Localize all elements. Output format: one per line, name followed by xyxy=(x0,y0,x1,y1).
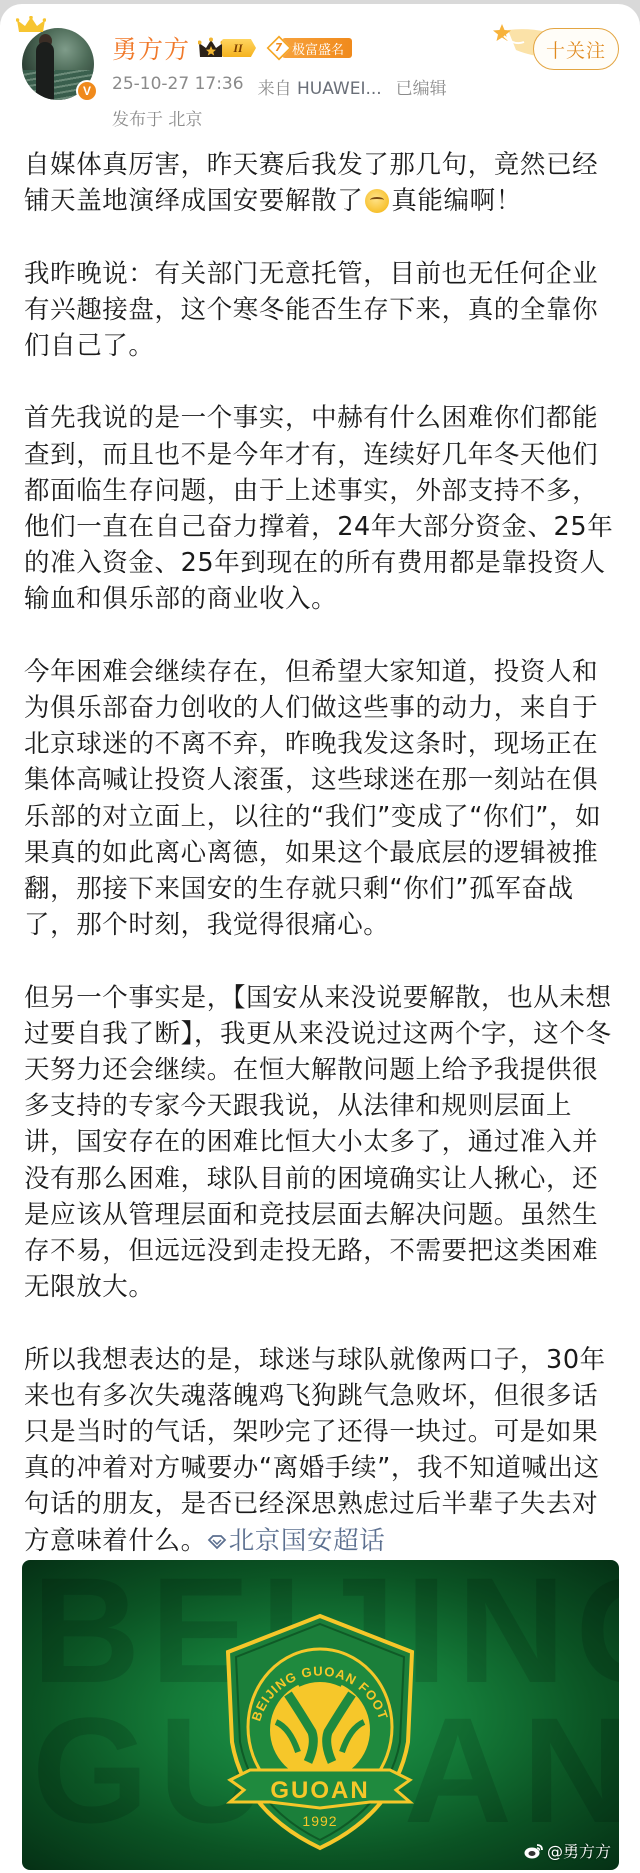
vip-crown-icon xyxy=(198,37,224,59)
supertopic-link[interactable]: 北京国安超话 xyxy=(207,1526,386,1556)
weibo-post-card: V 勇方方 II 7 极富盛名 25-10-27 17:36 来自 HUAWEI… xyxy=(0,4,640,1873)
vip-badge[interactable]: II xyxy=(198,37,256,59)
avatar[interactable]: V xyxy=(22,28,94,100)
diamond-icon xyxy=(207,1534,227,1550)
post-timestamp: 25-10-27 17:36 xyxy=(112,74,244,99)
paragraph-3: 首先我说的是一个事实，中赫有什么困难你们都能查到，而且也不是今年才有，连续好几年… xyxy=(24,400,620,617)
follow-button[interactable]: 十关注 xyxy=(533,28,619,70)
post-location: 发布于 北京 xyxy=(112,105,202,130)
fame-label: 极富盛名 xyxy=(282,38,352,58)
thinking-face-emoji-icon xyxy=(365,189,389,213)
verified-badge-icon: V xyxy=(76,80,98,102)
paragraph-1: 自媒体真厉害，昨天赛后我发了那几句，竟然已经铺天盖地演绎成国安要解散了真能编啊！ xyxy=(24,147,620,219)
author-name-row: 勇方方 II 7 极富盛名 xyxy=(112,32,352,64)
vip-level-label: II xyxy=(222,39,256,57)
crest-banner-text: GUOAN xyxy=(270,1777,369,1804)
edited-label[interactable]: 已编辑 xyxy=(396,74,447,99)
post-source: 来自 HUAWEI... xyxy=(258,74,382,99)
weibo-watermark: @勇方方 xyxy=(524,1839,611,1862)
paragraph-4: 今年困难会继续存在，但希望大家知道，投资人和为俱乐部奋力创收的人们做这些事的动力… xyxy=(24,654,620,944)
paragraph-5: 但另一个事实是，【国安从来没说要解散，也从未想过要自我了断】，我更从来没说过这两… xyxy=(24,980,620,1306)
fame-badge[interactable]: 7 极富盛名 xyxy=(268,37,352,59)
source-device[interactable]: HUAWEI... xyxy=(297,79,382,99)
post-meta: 25-10-27 17:36 来自 HUAWEI... 已编辑 xyxy=(112,74,447,99)
paragraph-6: 所以我想表达的是，球迷与球队就像两口子，30年来也有多次失魂落魄鸡飞狗跳气急败坏… xyxy=(24,1342,620,1559)
post-image[interactable]: BEIJING GUOAN BEIJING GUOAN FOOTBALL CLU… xyxy=(22,1560,619,1870)
post-body: 自媒体真厉害，昨天赛后我发了那几句，竟然已经铺天盖地演绎成国安要解散了真能编啊！… xyxy=(24,147,620,1559)
username[interactable]: 勇方方 xyxy=(112,30,190,66)
paragraph-2: 我昨晚说：有关部门无意托管，目前也无任何企业有兴趣接盘，这个寒冬能否生存下来，真… xyxy=(24,256,620,365)
crown-icon xyxy=(16,16,46,34)
crest-year-text: 1992 xyxy=(302,1813,337,1829)
beijing-guoan-crest-icon: BEIJING GUOAN FOOTBALL CLUB GUOAN 1992 xyxy=(220,1612,420,1852)
weibo-logo-icon xyxy=(524,1843,544,1859)
